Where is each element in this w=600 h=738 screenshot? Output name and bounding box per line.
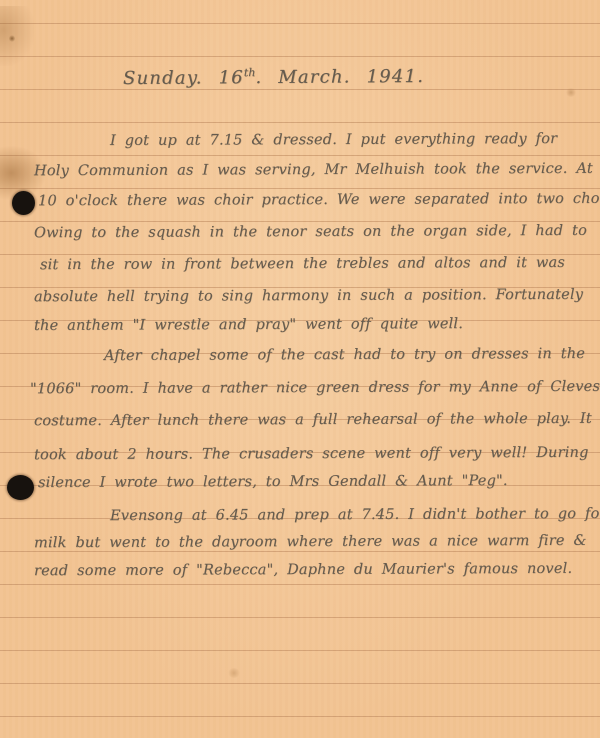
diary-line: Evensong at 6.45 and prep at 7.45. I did… [110,506,600,524]
diary-line: read some more of "Rebecca", Daphne du M… [34,561,572,579]
diary-line: costume. After lunch there was a full re… [34,411,592,429]
paper-texture [0,0,600,738]
date-text: . March. 1941. [255,66,424,88]
diary-date-heading: Sunday. 16th. March. 1941. [123,65,424,89]
paper-stain [0,6,34,66]
diary-line: I got up at 7.15 & dressed. I put everyt… [110,131,557,149]
diary-line: silence I wrote two letters, to Mrs Gend… [38,473,508,491]
paper-stain [228,668,240,678]
ruled-lines [0,0,600,738]
diary-line: took about 2 hours. The crusaders scene … [34,445,589,463]
hole-punch-top [12,191,35,215]
paper-stain [566,88,576,97]
paper-stain [9,35,15,42]
date-text: Sunday. 16 [123,67,244,89]
diary-line: "1066" room. I have a rather nice green … [30,379,600,397]
hole-punch-bottom [7,475,34,500]
diary-line: Holy Communion as I was serving, Mr Melh… [34,161,593,179]
diary-line: absolute hell trying to sing harmony in … [34,287,583,305]
diary-line: sit in the row in front between the treb… [40,255,565,273]
diary-line: Owing to the squash in the tenor seats o… [34,223,587,241]
diary-line: After chapel some of the cast had to try… [104,346,585,364]
diary-line: the anthem "I wrestle and pray" went off… [34,316,463,334]
diary-page: Sunday. 16th. March. 1941. I got up at 7… [0,0,600,738]
diary-line: milk but went to the dayroom where there… [34,533,587,551]
date-ordinal-suffix: th [244,66,256,79]
diary-line: 10 o'clock there was choir practice. We … [38,191,600,210]
